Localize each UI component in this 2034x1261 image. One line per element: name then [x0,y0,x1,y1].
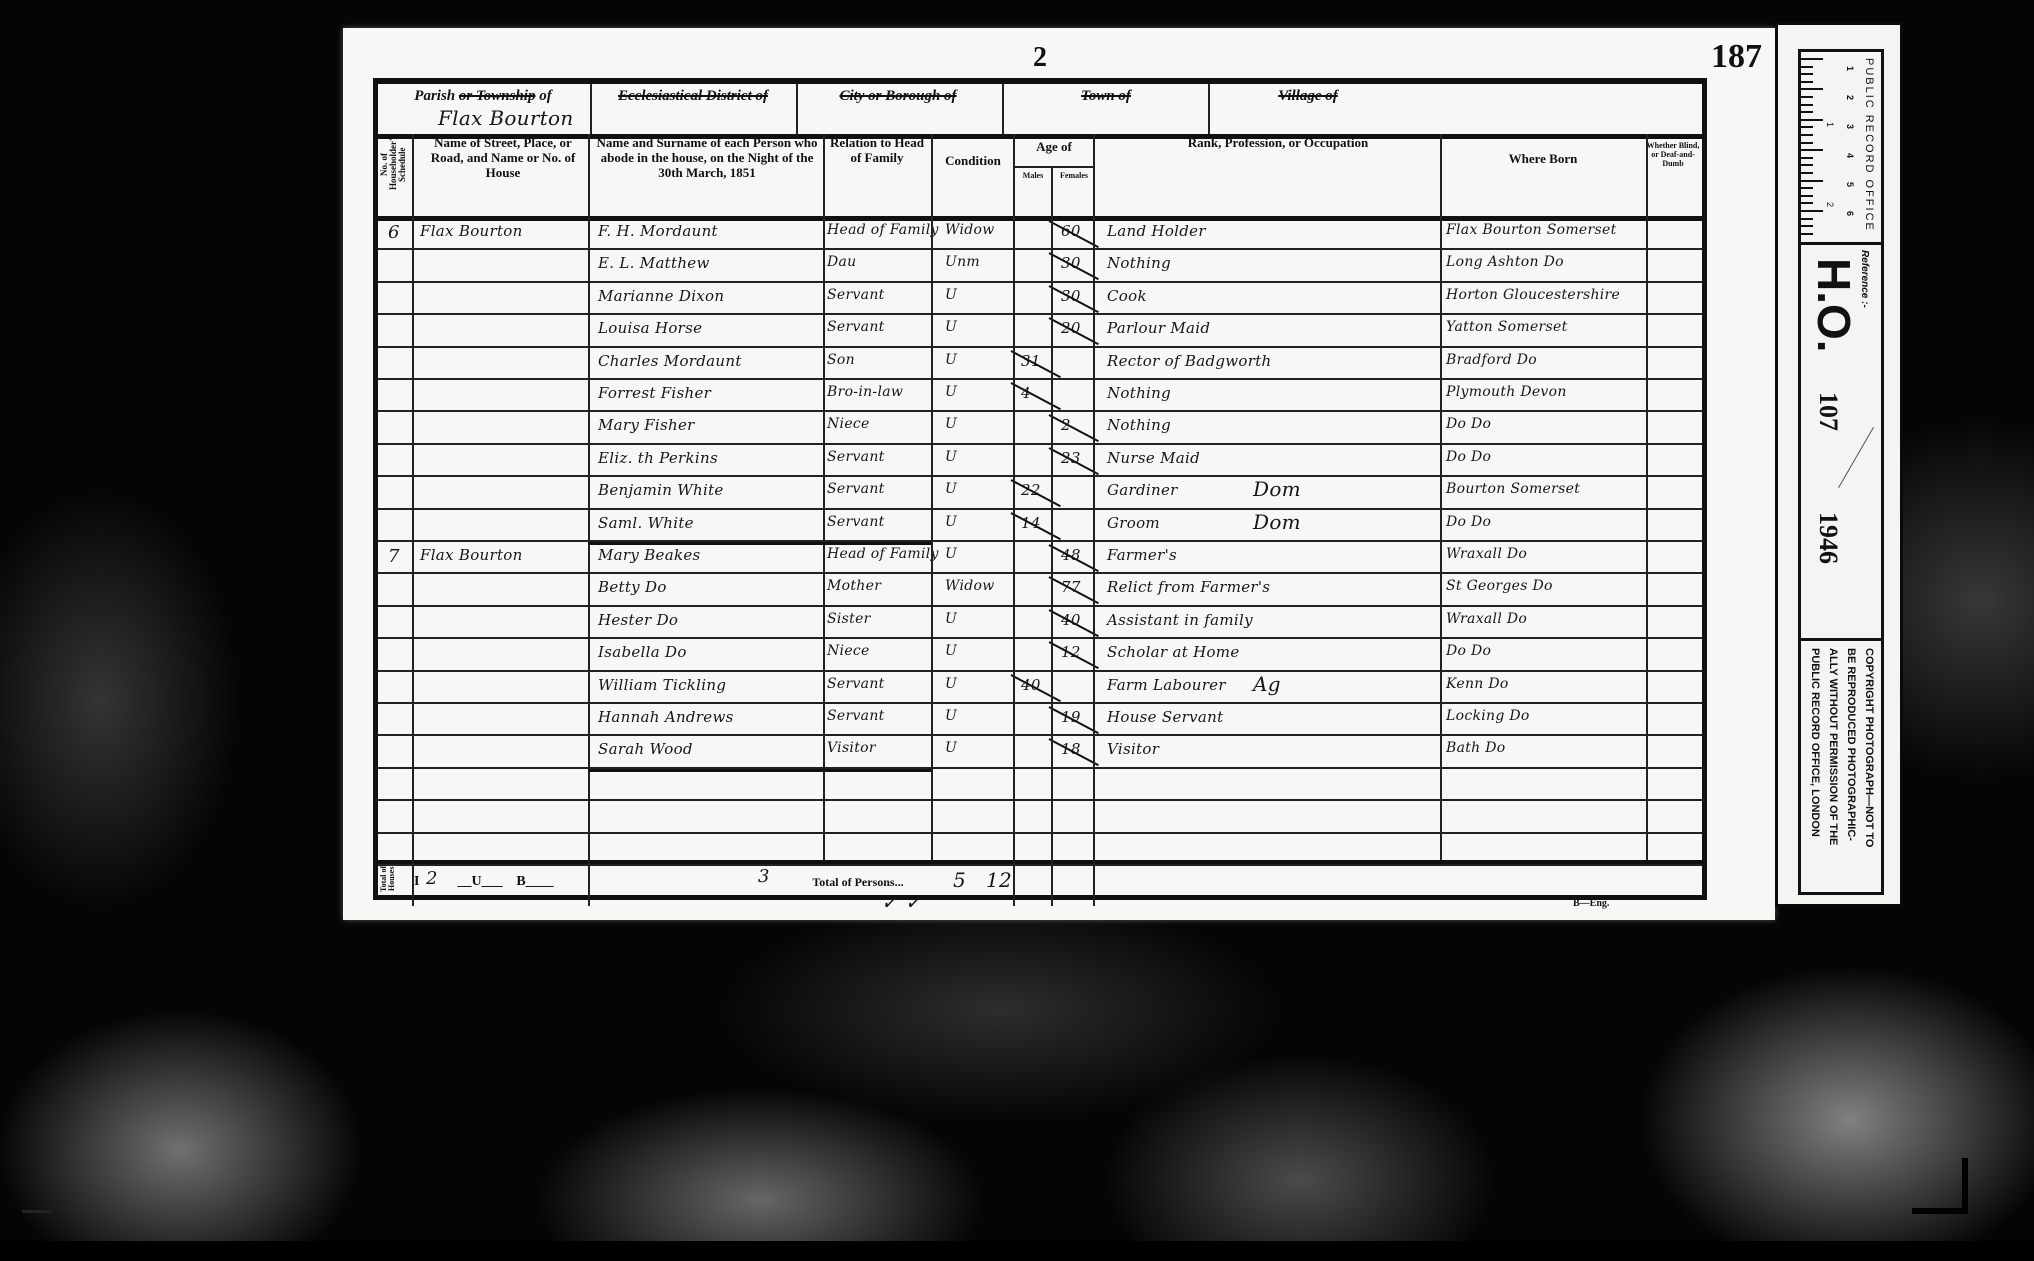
birthplace: Long Ashton Do [1446,254,1564,270]
person-name: Isabella Do [598,643,687,661]
relation: Bro-in-law [827,384,903,400]
column-divider [1013,134,1015,860]
relation: Servant [827,481,885,497]
total-males: 5 [953,868,966,892]
inhabited-label: I [414,874,419,890]
relation: Head of Family [827,546,939,562]
relation: Servant [827,676,885,692]
census-page: 2 187 Parish or Township of Flax Bourton… [343,28,1775,920]
row-divider [378,767,1702,769]
relation: Son [827,352,855,368]
ruler-tick [1801,187,1813,189]
folio-number: 187 [1711,38,1762,76]
total-persons-label: Total of Persons... [783,876,933,890]
ruler-tick [1801,202,1813,204]
ruler-inch-label: 1 [1825,122,1835,127]
persons-tally-mark: 3 [758,866,770,887]
measurement-ruler: PUBLIC RECORD OFFICE 12345612 [1801,52,1881,245]
column-divider [412,860,414,906]
age-subheader-divider [1013,166,1093,168]
inhabited-houses-count: 2 [426,868,438,889]
relation: Servant [827,449,885,465]
col-header-blind: Whether Blind, or Deaf-and-Dumb [1645,141,1701,169]
person-name: E. L. Matthew [598,254,710,272]
person-name: Saml. White [598,514,694,532]
copyright-notice: COPYRIGHT PHOTOGRAPH—NOT TOBE REPRODUCED… [1801,642,1881,892]
col-header-street: Name of Street, Place, or Road, and Name… [418,136,588,181]
birthplace: Flax Bourton Somerset [1446,222,1617,238]
row-divider [378,572,1702,574]
column-divider [1051,166,1053,860]
building-label: B____ [510,874,560,890]
ruler-tick [1801,180,1823,182]
uninhabited-label: __U___ [450,874,510,890]
occupation: Farm Labourer [1107,676,1226,694]
ruler-tick [1801,164,1813,166]
condition: U [945,643,957,659]
birthplace: Plymouth Devon [1446,384,1567,400]
condition: U [945,287,957,303]
birthplace: Do Do [1446,643,1491,659]
ruler-tick [1801,218,1813,220]
ruler-tick [1801,119,1823,121]
ruler-tick [1801,142,1813,144]
occupation: Land Holder [1107,222,1206,240]
relation: Dau [827,254,857,270]
item-number: 1946 [1813,512,1843,564]
condition: U [945,352,957,368]
condition: U [945,481,957,497]
birthplace: Locking Do [1446,708,1530,724]
village-label: Village of [1213,88,1403,105]
birthplace: St Georges Do [1446,578,1553,594]
ruler-tick [1801,111,1813,113]
row-divider [378,832,1702,834]
occupation-class-note: Ag [1253,672,1281,696]
person-name: Sarah Wood [598,740,693,758]
column-divider [588,860,590,906]
condition: U [945,546,957,562]
total-houses-label: Total of Houses [380,864,408,894]
occupation: Scholar at Home [1107,643,1240,661]
birthplace: Bourton Somerset [1446,481,1580,497]
form-code: B—Eng. [1573,898,1609,909]
condition: U [945,319,957,335]
occupation: Assistant in family [1107,611,1253,629]
parish-label: Parish or Township of [388,88,578,105]
schedule-number: 7 [388,546,400,567]
column-divider [590,84,592,134]
relation: Sister [827,611,871,627]
copyright-line: PUBLIC RECORD OFFICE, LONDON [1809,648,1821,837]
occupation: Rector of Badgworth [1107,352,1272,370]
person-name: Forrest Fisher [598,384,711,402]
row-divider [378,134,1702,139]
ruler-tick [1801,195,1813,197]
birthplace: Do Do [1446,416,1491,432]
condition: U [945,708,957,724]
row-divider [378,864,1702,866]
relation: Visitor [827,740,876,756]
ruler-inch-label: 2 [1825,202,1835,207]
condition: U [945,514,957,530]
occupation: Gardiner [1107,481,1178,499]
person-name: F. H. Mordaunt [598,222,718,240]
row-divider [378,216,1702,221]
condition: U [945,384,957,400]
page-number: 2 [1033,42,1047,74]
ruler-tick [1801,149,1823,151]
birthplace: Do Do [1446,449,1491,465]
ruler-cm-label: 6 [1845,211,1855,216]
occupation: Farmer's [1107,546,1177,564]
column-divider [1013,860,1015,906]
condition: U [945,740,957,756]
ruler-cm-label: 5 [1845,182,1855,187]
ruler-tick [1801,233,1813,235]
col-header-relation: Relation to Head of Family [825,136,929,166]
tally-stroke [1011,382,1061,410]
row-divider [378,508,1702,510]
row-divider [378,410,1702,412]
ruler-tick [1801,104,1813,106]
piece-number: 107 [1813,392,1843,431]
condition: U [945,676,957,692]
person-name: Mary Fisher [598,416,695,434]
occupation: Cook [1107,287,1147,305]
ruler-cm-label: 4 [1845,153,1855,158]
copyright-line: BE REPRODUCED PHOTOGRAPHIC- [1845,648,1857,841]
col-header-where-born: Where Born [1438,152,1648,167]
ruler-tick [1801,96,1813,98]
ruler-tick [1801,66,1813,68]
film-edge [0,1241,2034,1261]
row-divider [378,281,1702,283]
tally-check-marks: ✓ ✓ [881,890,922,914]
census-form-grid: Parish or Township of Flax Bourton Eccle… [373,78,1707,900]
condition: Unm [945,254,980,270]
ruler-cm-label: 3 [1845,124,1855,129]
person-name: Benjamin White [598,481,724,499]
birthplace: Wraxall Do [1446,611,1527,627]
col-header-schedule: No. of Householder's Schedule [380,140,410,190]
column-divider [588,134,590,860]
column-divider [1208,84,1210,134]
occupation-class-note: Dom [1253,477,1301,501]
column-divider [931,134,933,860]
relation: Niece [827,643,870,659]
occupation: Groom [1107,514,1160,532]
column-divider [796,84,798,134]
ruler-tick [1801,134,1813,136]
column-divider [1051,860,1053,906]
condition: U [945,416,957,432]
relation: Servant [827,319,885,335]
person-name: Hannah Andrews [598,708,734,726]
reference-block: Reference :- H.O. 107 1946 [1801,242,1881,641]
occupation: Relict from Farmer's [1107,578,1270,596]
occupation: Nothing [1107,416,1171,434]
condition: U [945,611,957,627]
relation: Servant [827,287,885,303]
total-females: 12 [986,868,1012,892]
person-name: Marianne Dixon [598,287,724,305]
relation: Mother [827,578,881,594]
street-name: Flax Bourton [420,546,523,564]
crop-corner-mark-left [22,1210,52,1233]
col-header-females: Females [1054,171,1094,180]
occupation: Parlour Maid [1107,319,1210,337]
row-divider [378,346,1702,348]
birthplace: Kenn Do [1446,676,1509,692]
ruler-cm-label: 2 [1845,95,1855,100]
birthplace: Yatton Somerset [1446,319,1568,335]
record-office-name: PUBLIC RECORD OFFICE [1863,58,1875,232]
row-divider [378,670,1702,672]
column-divider [1002,84,1004,134]
row-divider [378,605,1702,607]
ruler-tick [1801,172,1813,174]
ruler-cm-label: 1 [1845,66,1855,71]
street-name: Flax Bourton [420,222,523,240]
ruler-tick [1801,225,1813,227]
ecclesiastical-district-label: Ecclesiastical District of [593,88,793,105]
row-divider [378,540,1702,542]
row-divider [378,313,1702,315]
occupation: House Servant [1107,708,1223,726]
occupation: Nothing [1107,384,1171,402]
person-name: William Tickling [598,676,726,694]
birthplace: Do Do [1446,514,1491,530]
condition: Widow [945,222,995,238]
occupation: Nurse Maid [1107,449,1200,467]
ruler-tick [1801,73,1813,75]
column-divider [1440,134,1442,860]
tally-stroke [1049,415,1099,443]
ruler-tick [1801,126,1813,128]
row-divider [378,475,1702,477]
city-borough-label: City or Borough of [798,88,998,105]
parish-value: Flax Bourton [438,106,574,130]
occupation-class-note: Dom [1253,510,1301,534]
column-divider [1646,134,1648,860]
copyright-line: ALLY WITHOUT PERMISSION OF THE [1827,648,1839,845]
row-divider [378,734,1702,736]
person-name: Hester Do [598,611,678,629]
relation: Niece [827,416,870,432]
relation: Servant [827,708,885,724]
occupation: Visitor [1107,740,1159,758]
row-divider [378,637,1702,639]
copyright-line: COPYRIGHT PHOTOGRAPH—NOT TO [1863,648,1875,847]
occupation: Nothing [1107,254,1171,272]
column-divider [1093,134,1095,860]
birthplace: Wraxall Do [1446,546,1527,562]
reference-slash [1838,427,1874,488]
birthplace: Bath Do [1446,740,1505,756]
column-divider [1093,860,1095,906]
relation: Servant [827,514,885,530]
ruler-tick [1801,58,1823,60]
person-name: Eliz. th Perkins [598,449,718,467]
relation: Head of Family [827,222,939,238]
ruler-tick [1801,157,1813,159]
column-divider [412,134,414,860]
town-label: Town of [1006,88,1206,105]
ruler-tick [1801,210,1823,212]
row-divider [378,248,1702,250]
person-name: Charles Mordaunt [598,352,742,370]
crop-corner-mark [1912,1158,1968,1214]
col-header-males: Males [1014,171,1052,180]
col-header-age-of: Age of [1014,140,1094,155]
birthplace: Horton Gloucestershire [1446,287,1620,303]
col-header-condition: Condition [934,154,1012,169]
series-code: H.O. [1807,258,1861,353]
condition: Widow [945,578,995,594]
col-header-name: Name and Surname of each Person who abod… [593,136,821,181]
ruler-tick [1801,81,1813,83]
row-divider [378,378,1702,380]
reference-card: PUBLIC RECORD OFFICE 12345612 Reference … [1775,22,1903,907]
column-divider [823,134,825,860]
row-divider [378,443,1702,445]
person-name: Betty Do [598,578,667,596]
person-name: Mary Beakes [598,546,701,564]
ruler-tick [1801,88,1823,90]
person-name: Louisa Horse [598,319,702,337]
condition: U [945,449,957,465]
row-divider [378,799,1702,801]
schedule-number: 6 [388,222,400,243]
birthplace: Bradford Do [1446,352,1537,368]
row-divider [378,702,1702,704]
